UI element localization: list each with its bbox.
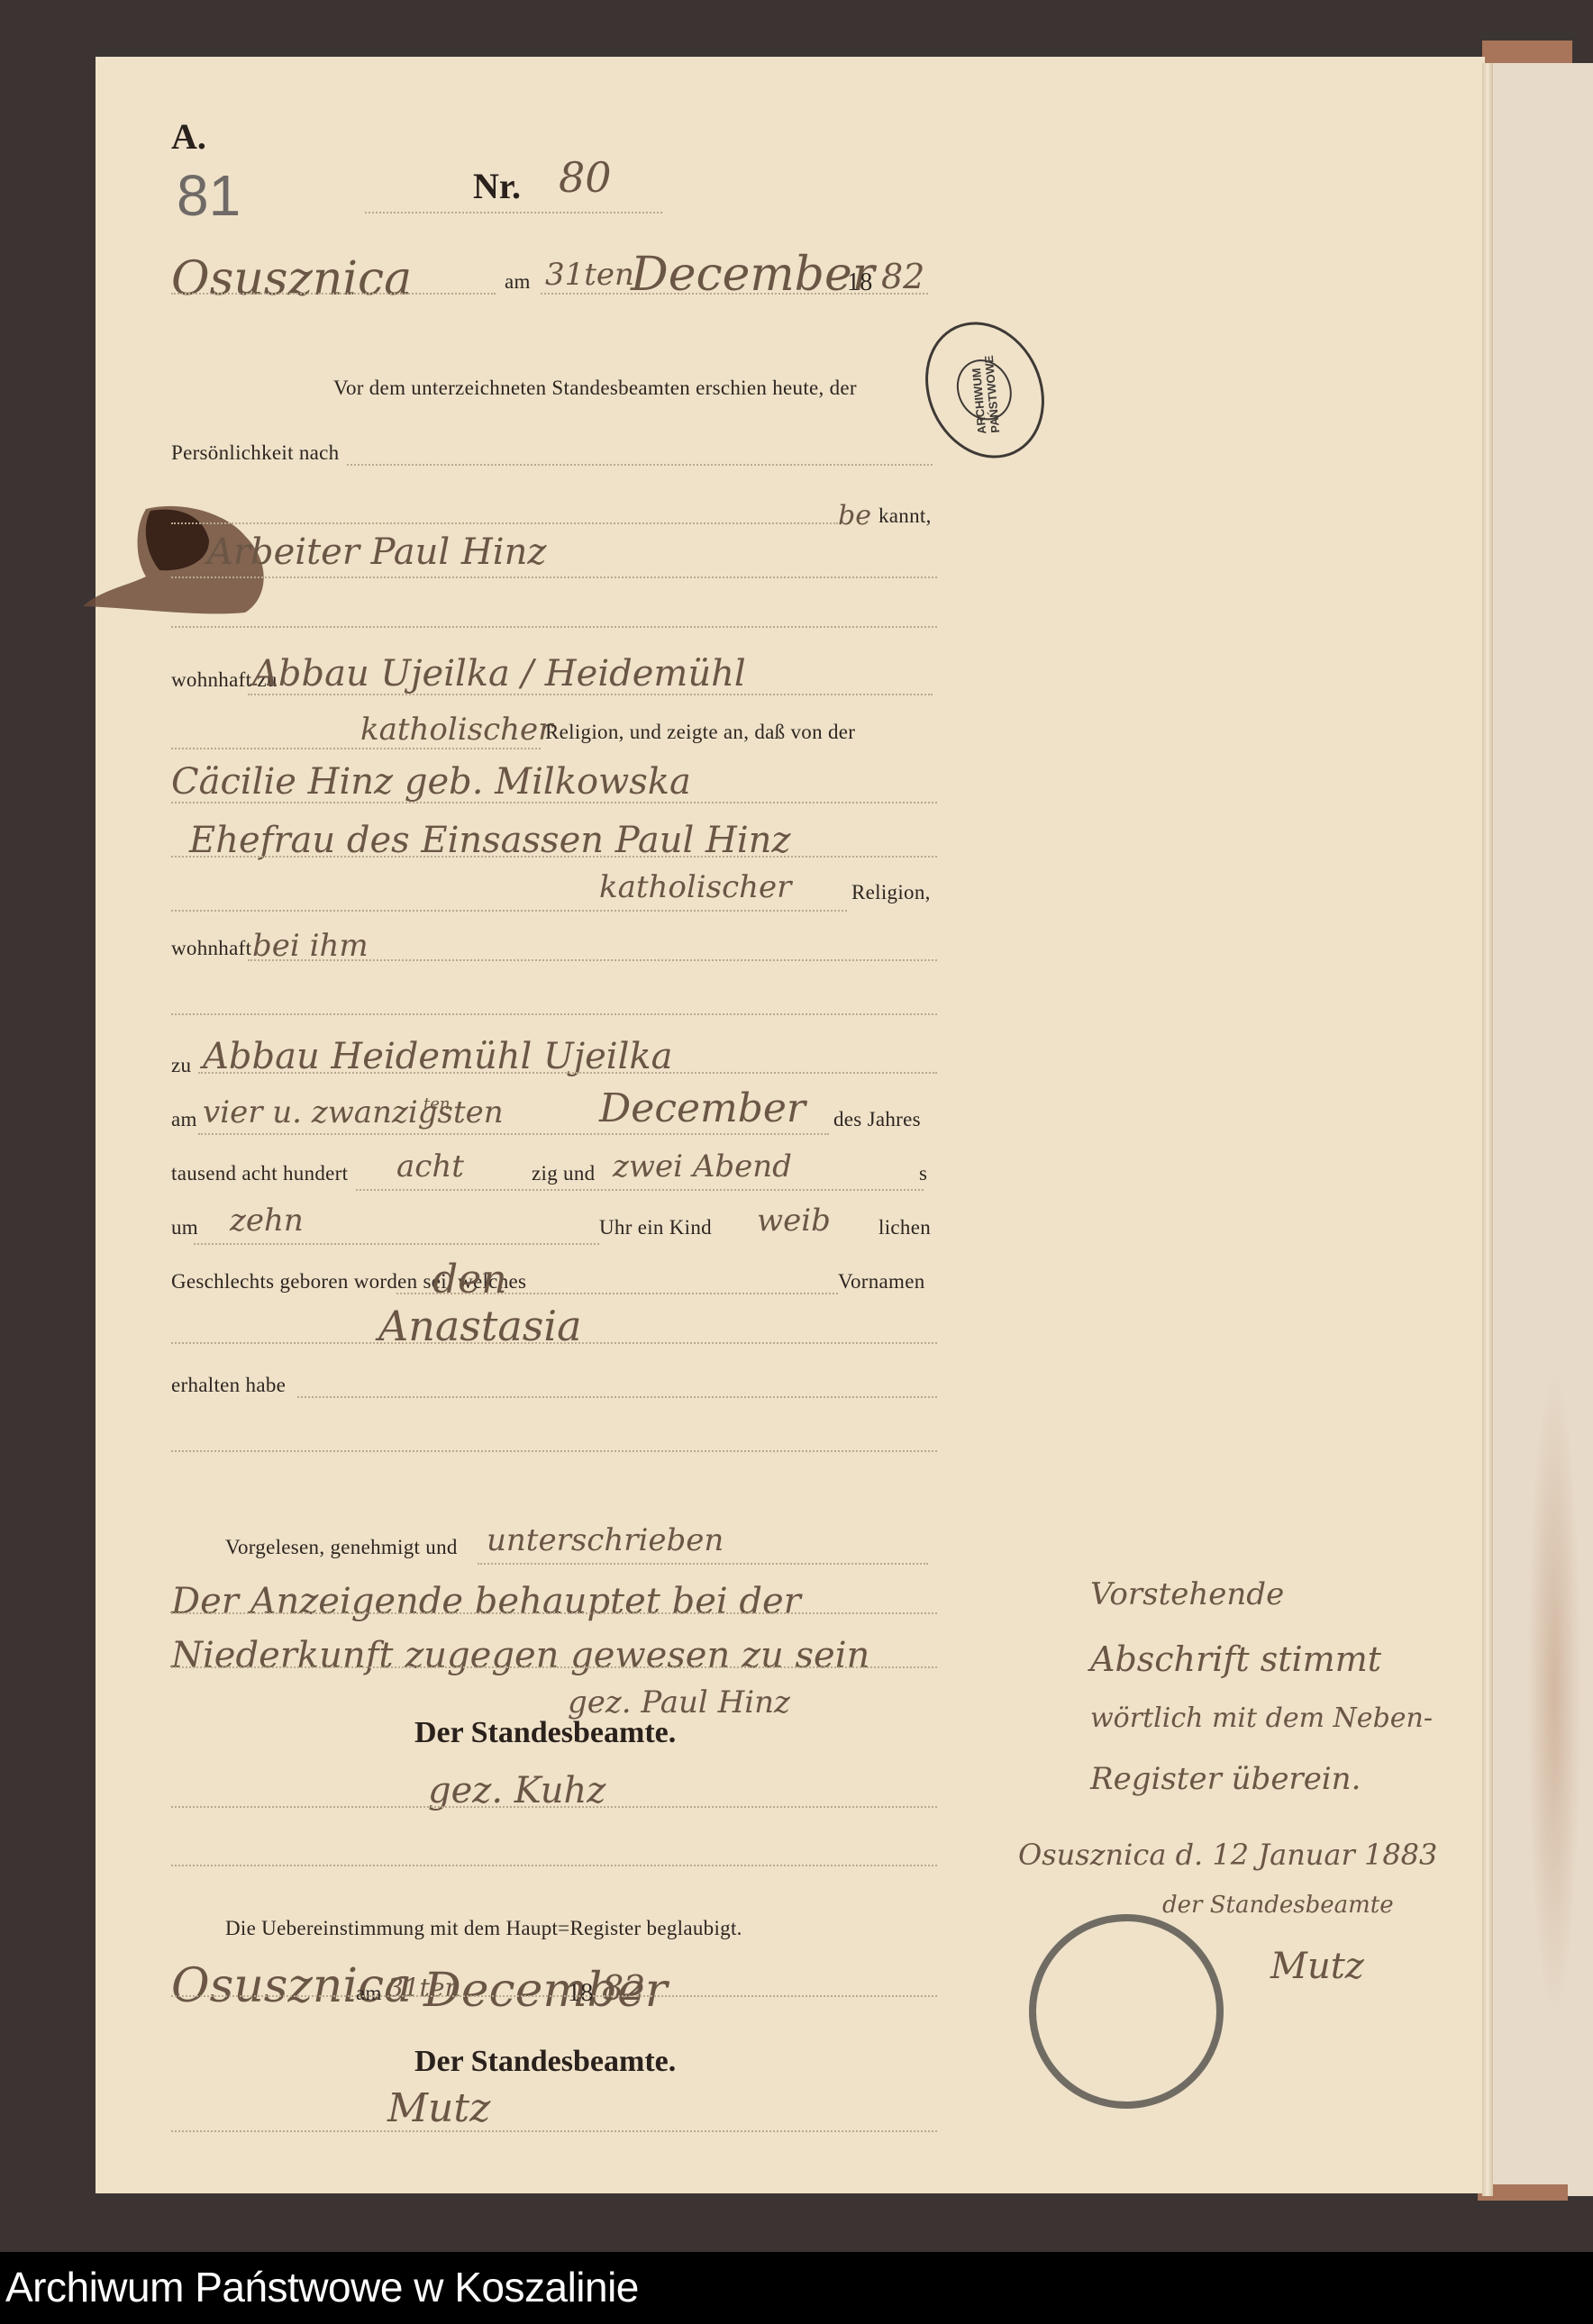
dotted-line [171,802,937,803]
dotted-line [171,1865,937,1866]
religion-text1: Religion, und zeigte an, daß von der [545,721,855,744]
year-units-and-time: zwei Abend [613,1148,792,1185]
margin-note-line: Osusznica d. 12 Januar 1883 [1018,1838,1437,1872]
dotted-line [171,1013,937,1015]
decade: acht [396,1148,464,1185]
dotted-line [248,694,933,695]
birth-month: December [599,1085,806,1131]
margin-note-line: wörtlich mit dem Neben- [1090,1702,1433,1734]
stamp-text: ARCHIWUM PAŃSTWOWE [966,330,1002,434]
cert-am: am [356,1982,382,2005]
mother-name: Cäcilie Hinz geb. Milkowska [171,761,691,803]
dotted-line [365,212,662,213]
record-number: 80 [559,153,612,202]
official-seal-stamp [1029,1914,1224,2109]
zig-und-label: zig und [532,1162,595,1185]
dotted-line [297,1396,937,1398]
year-suffix: 82 [881,257,924,296]
record-number-label: Nr. [473,165,521,207]
place: Osusznica [171,252,412,306]
des-jahres-label: des Jahres [833,1108,921,1131]
wohnhaft-label: wohnhaft [171,937,251,960]
erhalten-label: erhalten habe [171,1374,286,1397]
margin-note-line: Vorstehende [1090,1576,1284,1612]
am-label: am [505,270,531,294]
lichen-label: lichen [878,1216,931,1239]
hour: zehn [230,1203,304,1239]
zu-label: zu [171,1054,191,1077]
dotted-line [478,1563,928,1565]
dotted-line [171,1666,937,1668]
water-stain [1527,1369,1581,2018]
dotted-line [171,910,847,912]
dotted-line [171,1450,937,1452]
vornamen-article: den [432,1257,507,1303]
sex: weib [757,1203,831,1239]
s-suffix: s [919,1162,927,1185]
standesbeamte-title-2: Der Standesbeamte. [414,2045,676,2079]
dotted-line [171,1342,937,1344]
margin-note-line: der Standesbeamte [1162,1892,1394,1919]
page-fold [1482,63,1493,2196]
informant-signature: gez. Paul Hinz [568,1684,790,1720]
tausend-label: tausend acht hundert [171,1162,348,1185]
dotted-line [171,1806,937,1808]
dotted-line [198,1072,937,1074]
binding-tape-top [1482,41,1572,66]
informant-residence: Abbau Ujeilka / Heidemühl [252,653,746,694]
margin-note-line: Register überein. [1090,1761,1361,1797]
official-signature-2: Mutz [387,2085,490,2131]
mother-residence: bei ihm [252,928,369,964]
religion-label2: Religion, [851,881,931,904]
dotted-line [171,626,937,628]
dotted-line [248,959,937,961]
margin-note-signature: Mutz [1270,1946,1364,1987]
cert-year-suffix: 82 [602,1968,645,2008]
vorgelesen-label: Vorgelesen, genehmigt und [225,1536,458,1559]
birth-day: vier u. zwanzigsten [203,1094,504,1130]
religion2: katholischer [599,869,791,905]
standesbeamte-title: Der Standesbeamte. [414,1716,676,1750]
dotted-line [171,576,937,578]
ten-suffix: ten [423,1094,450,1113]
dotted-line [171,748,541,749]
dotted-line [356,1189,924,1191]
unterschrieben: unterschrieben [487,1522,724,1558]
year-prefix: 18 [847,268,873,297]
form-letter: A. [171,115,206,158]
note-line-2: Niederkunft zugegen gewesen zu sein [171,1635,869,1676]
religion1: katholischer [360,712,552,748]
dotted-line [347,464,933,466]
kannt-prefix: be [838,500,871,531]
dotted-line [171,293,496,295]
adjacent-sheet [1491,63,1593,2196]
margin-note-line: Abschrift stimmt [1090,1639,1381,1679]
um-label: um [171,1216,198,1239]
note-line-1: Der Anzeigende behauptet bei der [171,1581,801,1622]
archive-caption-bar: Archiwum Państwowe w Koszalinie [0,2252,1593,2324]
am-label2: am [171,1108,197,1131]
dotted-line [171,1612,937,1614]
cert-year-prefix: 18 [568,1979,594,2008]
uhr-label: Uhr ein Kind [599,1216,712,1239]
date-day: 31ten [545,257,634,293]
dotted-line [171,1995,937,1997]
dotted-line [171,522,838,524]
intro-text: Vor dem unterzeichneten Standesbeamten e… [333,377,857,400]
certification-text: Die Uebereinstimmung mit dem Haupt=Regis… [225,1917,742,1940]
vornamen-label: Vornamen [838,1270,925,1294]
archive-caption: Archiwum Państwowe w Koszalinie [5,2263,639,2311]
dotted-line [171,2130,937,2132]
dotted-line [171,856,937,858]
persoenlichkeit-label: Persönlichkeit nach [171,441,339,465]
dotted-line [396,1293,838,1294]
pencil-number: 81 [177,162,241,229]
dotted-line [194,1243,599,1245]
kannt-label: kannt, [878,504,932,528]
informant: Arbeiter Paul Hinz [207,531,546,573]
dotted-line [198,1133,829,1135]
